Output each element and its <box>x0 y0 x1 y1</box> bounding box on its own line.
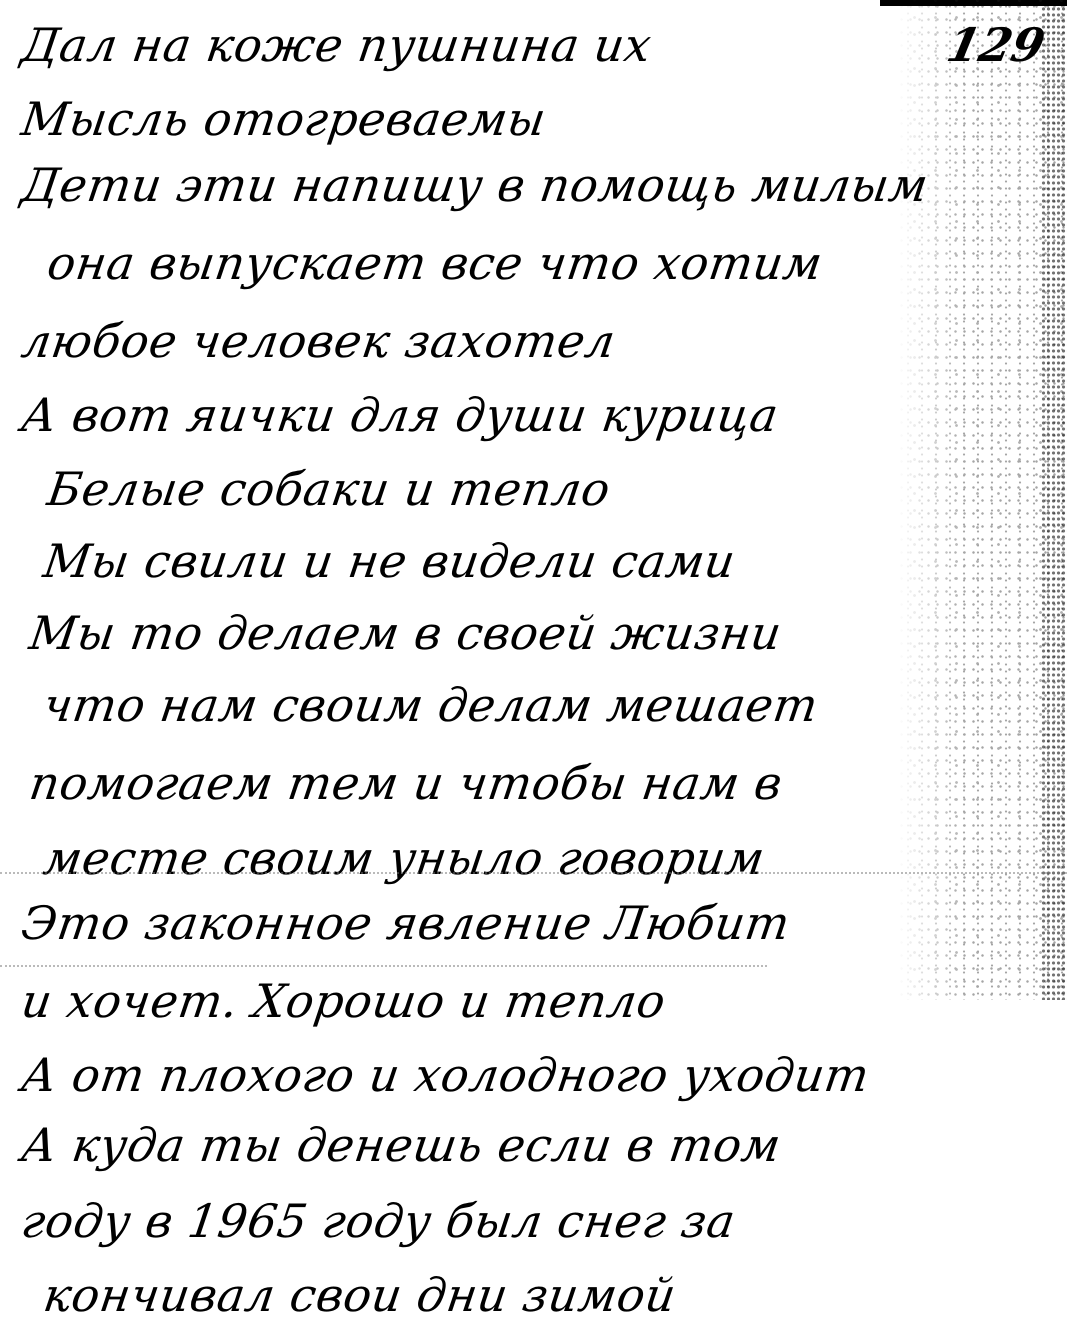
handwritten-line: любое человек захотел <box>19 318 619 364</box>
handwritten-line: Мы то делаем в своей жизни <box>27 610 785 656</box>
handwritten-line: кончивал свои дни зимой <box>41 1272 679 1318</box>
handwritten-line: Дал на коже пушнина их <box>19 22 655 68</box>
handwritten-line: А от плохого и холодного уходит <box>19 1052 872 1098</box>
handwritten-line: Дети эти напишу в помощь милым <box>19 162 931 208</box>
page-number: 129 <box>942 18 1050 72</box>
handwritten-line: она выпускает все что хотим <box>45 240 826 286</box>
handwritten-line: Мы свили и не видели сами <box>41 538 739 584</box>
manuscript-page: 129 Дал на коже пушнина их Мысль отогрев… <box>0 0 1067 1342</box>
handwritten-line: помогаем тем и чтобы нам в <box>27 760 785 806</box>
handwritten-line: А куда ты денешь если в том <box>19 1122 784 1168</box>
handwritten-line: что нам своим делам мешает <box>41 682 821 728</box>
scan-artifact-rule <box>0 965 767 967</box>
handwritten-line: Белые собаки и тепло <box>45 466 613 512</box>
scan-artifact-rule <box>0 872 1067 874</box>
handwritten-line: Мысль отогреваемы <box>19 96 549 142</box>
handwritten-line: году в 1965 году был снег за <box>19 1198 738 1244</box>
handwritten-line: и хочет. Хорошо и тепло <box>19 978 669 1024</box>
handwritten-line: А вот яички для души курица <box>19 392 781 438</box>
handwritten-line: месте своим уныло говорим <box>41 835 768 881</box>
handwritten-line: Это законное явление Любит <box>19 900 793 946</box>
scan-edge-strip <box>1041 0 1067 1000</box>
